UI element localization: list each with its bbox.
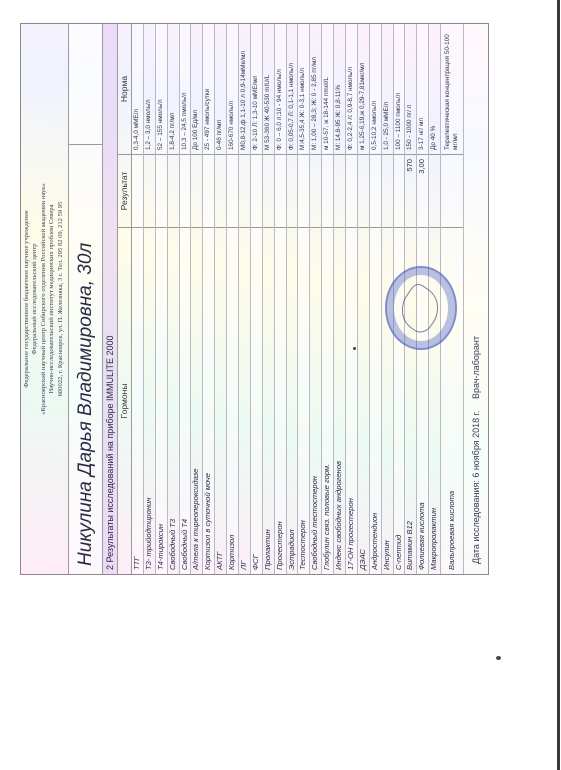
norm-range: 25 - 497 нмоль/сутки: [203, 24, 214, 154]
hormone-name: ДЭАС: [358, 227, 369, 574]
norm-range: Ф: 0,2-2,4 л: 0,9-8,7 нмоль/л: [346, 24, 357, 154]
norm-range: До 40 %: [429, 24, 440, 154]
norm-range: 1,2 – 3,0 нмоль/л: [144, 24, 155, 154]
result-value: [239, 154, 250, 227]
result-value: [275, 154, 286, 227]
hormone-name: Т3- трийодтиронин: [144, 227, 155, 574]
norm-range: м 1,25-6,19,ж 0,29-7,81мкг/мл: [358, 24, 369, 154]
result-value: [251, 154, 262, 227]
institution-line: Федеральное государственное бюджетное на…: [23, 30, 31, 568]
result-value: [370, 154, 381, 227]
hormone-name: Кортизол: [227, 227, 238, 574]
norm-range: 1,8-4,2 пг/мл: [168, 24, 179, 154]
result-value: [144, 154, 155, 227]
scan-speck: [353, 347, 356, 350]
hormone-name: Свободный тестостерон: [310, 227, 321, 574]
institution-address: 660022, г. Красноярск, ул. П. Железняка,…: [57, 30, 65, 568]
norm-range: 160-670 нмоль/л: [227, 24, 238, 154]
result-value: [346, 154, 357, 227]
official-stamp-icon: [385, 266, 457, 350]
hormone-name: Тестостерон: [298, 227, 309, 574]
result-value: [394, 154, 405, 227]
norm-range: м 10-57, ж 18-144 nmol/L: [322, 24, 333, 154]
result-value: [429, 154, 440, 227]
institution-line: Научно-исследовательский институт медици…: [48, 30, 56, 568]
hormone-name: Глобулин связ. половые горм.: [322, 227, 333, 574]
table-row: ТТГ0,3-4,0 мМЕ/л: [132, 24, 144, 574]
hormone-name: ТТГ: [132, 227, 143, 574]
hormone-name: Свободный Т4: [180, 227, 191, 574]
norm-range: 150 - 1000 пг/ л: [405, 24, 416, 154]
scan-speck: [496, 656, 501, 660]
result-value: [180, 154, 191, 227]
table-row: ФСГФ: 2-10 Л: 1,3-10 мМЕ/мл: [251, 24, 263, 574]
doctor-label: Врач-лаборант: [464, 336, 488, 399]
hormone-name: А/тела к тиреопероксидазе: [191, 227, 202, 574]
table-row: ЭстрадиолФ: 0,05-0,7 Л: 0,1-1,1 нмоль/л: [287, 24, 299, 574]
hormone-name: Индекс свободных андрогенов: [334, 227, 345, 574]
table-row: Свободный Т410,3 – 24,5 пмоль/л: [180, 24, 192, 574]
hormone-name: АКТГ: [215, 227, 226, 574]
result-value: [156, 154, 167, 227]
table-row: Андростендион0,5-10,2 нмоль/л: [370, 24, 382, 574]
patient-title-row: Никулина Дарья Владимировна, 30л: [69, 24, 103, 574]
result-value: 3,00: [417, 154, 428, 227]
rotated-document: Федеральное государственное бюджетное на…: [0, 0, 561, 770]
result-value: [298, 154, 309, 227]
table-row: Глобулин связ. половые горм.м 10-57, ж 1…: [322, 24, 334, 574]
table-row: Кортизол160-670 нмоль/л: [227, 24, 239, 574]
section-title: 2 Результаты исследований на приборе IMM…: [103, 24, 118, 574]
result-value: [358, 154, 369, 227]
hormone-name: Кортизол в суточной моче: [203, 227, 214, 574]
norm-range: М0,8-12,ф 1,1-10 л 0,9-14мМе/мл: [239, 24, 250, 154]
table-row: А/тела к тиреопероксидазеДо 100 Ед/мл: [191, 24, 203, 574]
norm-range: Ф: 0,05-0,7 Л: 0,1-1,1 нмоль/л: [287, 24, 298, 154]
result-value: [132, 154, 143, 227]
table-row: 17-ОН прогестеронФ: 0,2-2,4 л: 0,9-8,7 н…: [346, 24, 358, 574]
result-value: [441, 154, 463, 227]
table-header: Гормоны Результат Норма: [118, 24, 132, 574]
result-value: [287, 154, 298, 227]
hormone-name: Прогестерон: [275, 227, 286, 574]
norm-range: Ф: 0 – 6,0 л:10 - 94 нмоль/л: [275, 24, 286, 154]
hormone-name: Инсулин: [382, 227, 393, 574]
result-value: [203, 154, 214, 227]
result-value: [168, 154, 179, 227]
result-value: [263, 154, 274, 227]
table-row: Кортизол в суточной моче25 - 497 нмоль/с…: [203, 24, 215, 574]
result-value: [227, 154, 238, 227]
footer-row: Дата исследования: 6 ноября 2018 г. Врач…: [464, 24, 488, 574]
study-date: Дата исследования: 6 ноября 2018 г.: [471, 411, 481, 564]
table-row: Свободный Т31,8-4,2 пг/мл: [168, 24, 180, 574]
result-value: [334, 154, 345, 227]
norm-range: 10,3 – 24,5 пмоль/л: [180, 24, 191, 154]
table-row: ПрогестеронФ: 0 – 6,0 л:10 - 94 нмоль/л: [275, 24, 287, 574]
table-row: ДЭАСм 1,25-6,19,ж 0,29-7,81мкг/мл: [358, 24, 370, 574]
hormone-name: Эстрадиол: [287, 227, 298, 574]
table-row: Индекс свободных андрогеновМ: 14,8-95 Ж:…: [334, 24, 346, 574]
norm-range: Ф: 2-10 Л: 1,3-10 мМЕ/мл: [251, 24, 262, 154]
result-value: [322, 154, 333, 227]
table-row: Т3- трийодтиронин1,2 – 3,0 нмоль/л: [144, 24, 156, 574]
hormone-name: 17-ОН прогестерон: [346, 227, 357, 574]
table-row: АКТГ0-46 пг/мл: [215, 24, 227, 574]
result-value: 570: [405, 154, 416, 227]
hormone-name: Пролактин: [263, 227, 274, 574]
norm-range: 0-46 пг/мл: [215, 24, 226, 154]
header-hormones: Гормоны: [118, 227, 131, 574]
result-value: [191, 154, 202, 227]
norm-range: 0,3-4,0 мМЕ/л: [132, 24, 143, 154]
norm-range: М: 14,8-95 Ж: 0,8-11%: [334, 24, 345, 154]
norm-range: 52 – 155 нмоль/л: [156, 24, 167, 154]
institution-line: «Красноярский научный центр Сибирского о…: [40, 30, 48, 568]
norm-range: 3-17 нг/ мл: [417, 24, 428, 154]
norm-range: До 100 Ед/мл: [191, 24, 202, 154]
norm-range: 1,0 - 25,0 мМЕ/л: [382, 24, 393, 154]
table-row: ЛГМ0,8-12,ф 1,1-10 л 0,9-14мМе/мл: [239, 24, 251, 574]
scanned-page: Федеральное государственное бюджетное на…: [0, 0, 561, 770]
norm-range: 100 – 1100 пмоль/л: [394, 24, 405, 154]
norm-range: 0,5-10,2 нмоль/л: [370, 24, 381, 154]
result-value: [382, 154, 393, 227]
norm-range: М:4,5-35,4 Ж: 0-3,1 нмоль/л: [298, 24, 309, 154]
title-blank-cell: [69, 24, 102, 145]
table-row: Т4-тироксин52 – 155 нмоль/л: [156, 24, 168, 574]
hormone-name: Т4-тироксин: [156, 227, 167, 574]
hormone-name: ЛГ: [239, 227, 250, 574]
institution-line: Федеральный исследовательский центр: [31, 30, 39, 568]
hormone-name: Андростендион: [370, 227, 381, 574]
table-row: ПролактинМ 53-360 Ж 40-530 mIU/L: [263, 24, 275, 574]
header-result: Результат: [118, 154, 131, 227]
hormone-name: ФСГ: [251, 227, 262, 574]
patient-name: Никулина Дарья Владимировна, 30л: [69, 145, 102, 574]
result-value: [215, 154, 226, 227]
norm-range: Терапевтическая концентрация 50-100 мг/м…: [441, 24, 463, 154]
table-row: ТестостеронМ:4,5-35,4 Ж: 0-3,1 нмоль/л: [298, 24, 310, 574]
hormone-name: Свободный Т3: [168, 227, 179, 574]
norm-range: М 53-360 Ж 40-530 mIU/L: [263, 24, 274, 154]
table-row: Свободный тестостеронМ: 1,00 – 28,3; Ж: …: [310, 24, 322, 574]
result-value: [310, 154, 321, 227]
header-norm: Норма: [118, 24, 131, 154]
institution-header: Федеральное государственное бюджетное на…: [21, 24, 69, 574]
norm-range: М: 1,00 – 28,3; Ж: 0 - 2,85 пг/мл: [310, 24, 321, 154]
